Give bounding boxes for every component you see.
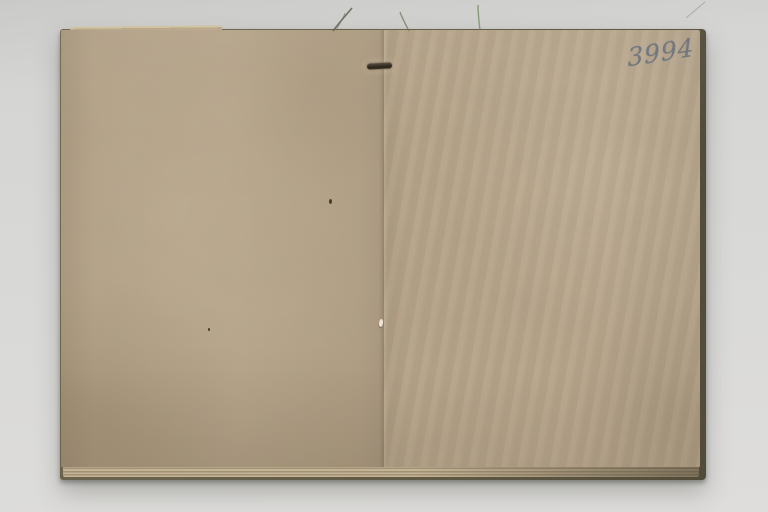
- thread-icon: [333, 8, 352, 31]
- thread-icon: [336, 13, 345, 30]
- thread-icon: [478, 5, 480, 30]
- right-page-blank: [383, 30, 700, 467]
- paper-speck: [208, 328, 210, 331]
- photo-of-open-sketchbook: 3994: [0, 0, 768, 512]
- stacked-page-edges-bottom: [63, 466, 699, 477]
- thread-icon: [686, 2, 705, 18]
- sketchbook: 3994: [60, 29, 706, 480]
- paper-speck: [329, 199, 332, 204]
- left-page-blank: [61, 30, 383, 467]
